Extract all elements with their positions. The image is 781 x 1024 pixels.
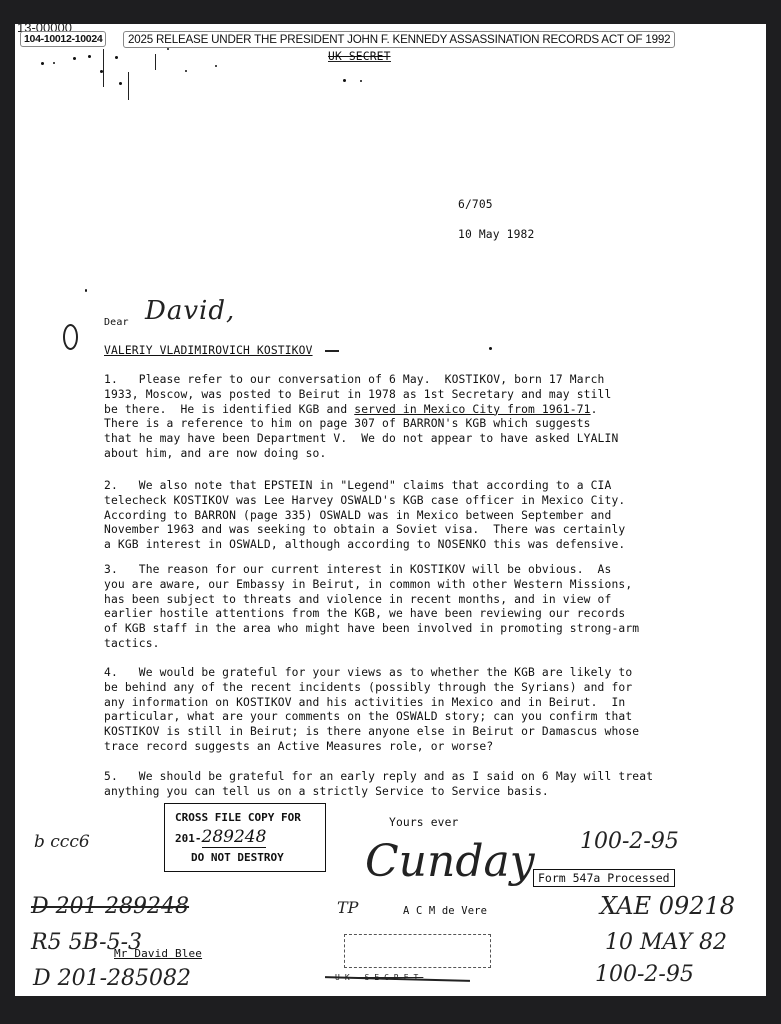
classification-bottom: UK SECRET <box>335 974 423 982</box>
circle-mark <box>63 324 78 350</box>
handwritten-initials: TP <box>337 898 358 917</box>
release-banner: 2025 RELEASE UNDER THE PRESIDENT JOHN F.… <box>123 31 675 48</box>
handwritten-left-bottom: D 201-285082 <box>33 966 191 991</box>
paragraph-4: 4. We would be grateful for your views a… <box>104 666 704 755</box>
paragraph-5: 5. We should be grateful for an early re… <box>104 770 704 800</box>
handwritten-right-top: 100-2-95 <box>580 829 679 854</box>
handwritten-struck-file-number: D 201-289248 <box>31 894 189 919</box>
form-547a-stamp: Form 547a Processed <box>533 869 675 887</box>
subject-line: VALERIY VLADIMIROVICH KOSTIKOV <box>104 344 313 357</box>
handwritten-salutation-name: David, <box>145 296 235 326</box>
handwritten-date: 10 MAY 82 <box>605 930 727 955</box>
cross-file-line1: CROSS FILE COPY FOR <box>175 811 301 824</box>
record-id-stamp: 104-10012-10024 <box>20 31 106 47</box>
handwritten-xae-number: XAE 09218 <box>600 892 735 920</box>
signature: Cunday <box>365 836 535 887</box>
reference-number: 6/705 <box>458 198 493 211</box>
cross-file-stamp: CROSS FILE COPY FOR 201-289248 DO NOT DE… <box>164 803 326 872</box>
handwritten-note-left-top: b ccc6 <box>34 832 90 852</box>
salutation: Dear <box>104 317 129 328</box>
handwritten-right-bottom: 100-2-95 <box>595 962 694 987</box>
underlined-mexico-city: served in Mexico City from 1961-71 <box>354 403 590 416</box>
handwritten-initials-left: R5 <box>31 930 62 955</box>
paragraph-2: 2. We also note that EPSTEIN in "Legend"… <box>104 479 704 553</box>
subject-dash <box>325 350 339 352</box>
classification-top: UK SECRET <box>328 52 391 62</box>
paragraph-1: 1. Please refer to our conversation of 6… <box>104 373 704 462</box>
cross-file-prefix: 201- <box>175 832 202 845</box>
faded-stamp-box <box>344 934 491 968</box>
addressee: Mr David Blee <box>114 947 202 960</box>
closing: Yours ever <box>389 816 459 829</box>
document-page: 13-00000 104-10012-10024 2025 RELEASE UN… <box>15 24 766 996</box>
cross-file-line3: DO NOT DESTROY <box>191 851 284 864</box>
signer-name: A C M de Vere <box>403 905 487 917</box>
cross-file-line2: 201-289248 <box>175 827 266 847</box>
cross-file-number: 289248 <box>202 827 267 848</box>
paragraph-3: 3. The reason for our current interest i… <box>104 563 704 652</box>
letter-date: 10 May 1982 <box>458 228 534 241</box>
